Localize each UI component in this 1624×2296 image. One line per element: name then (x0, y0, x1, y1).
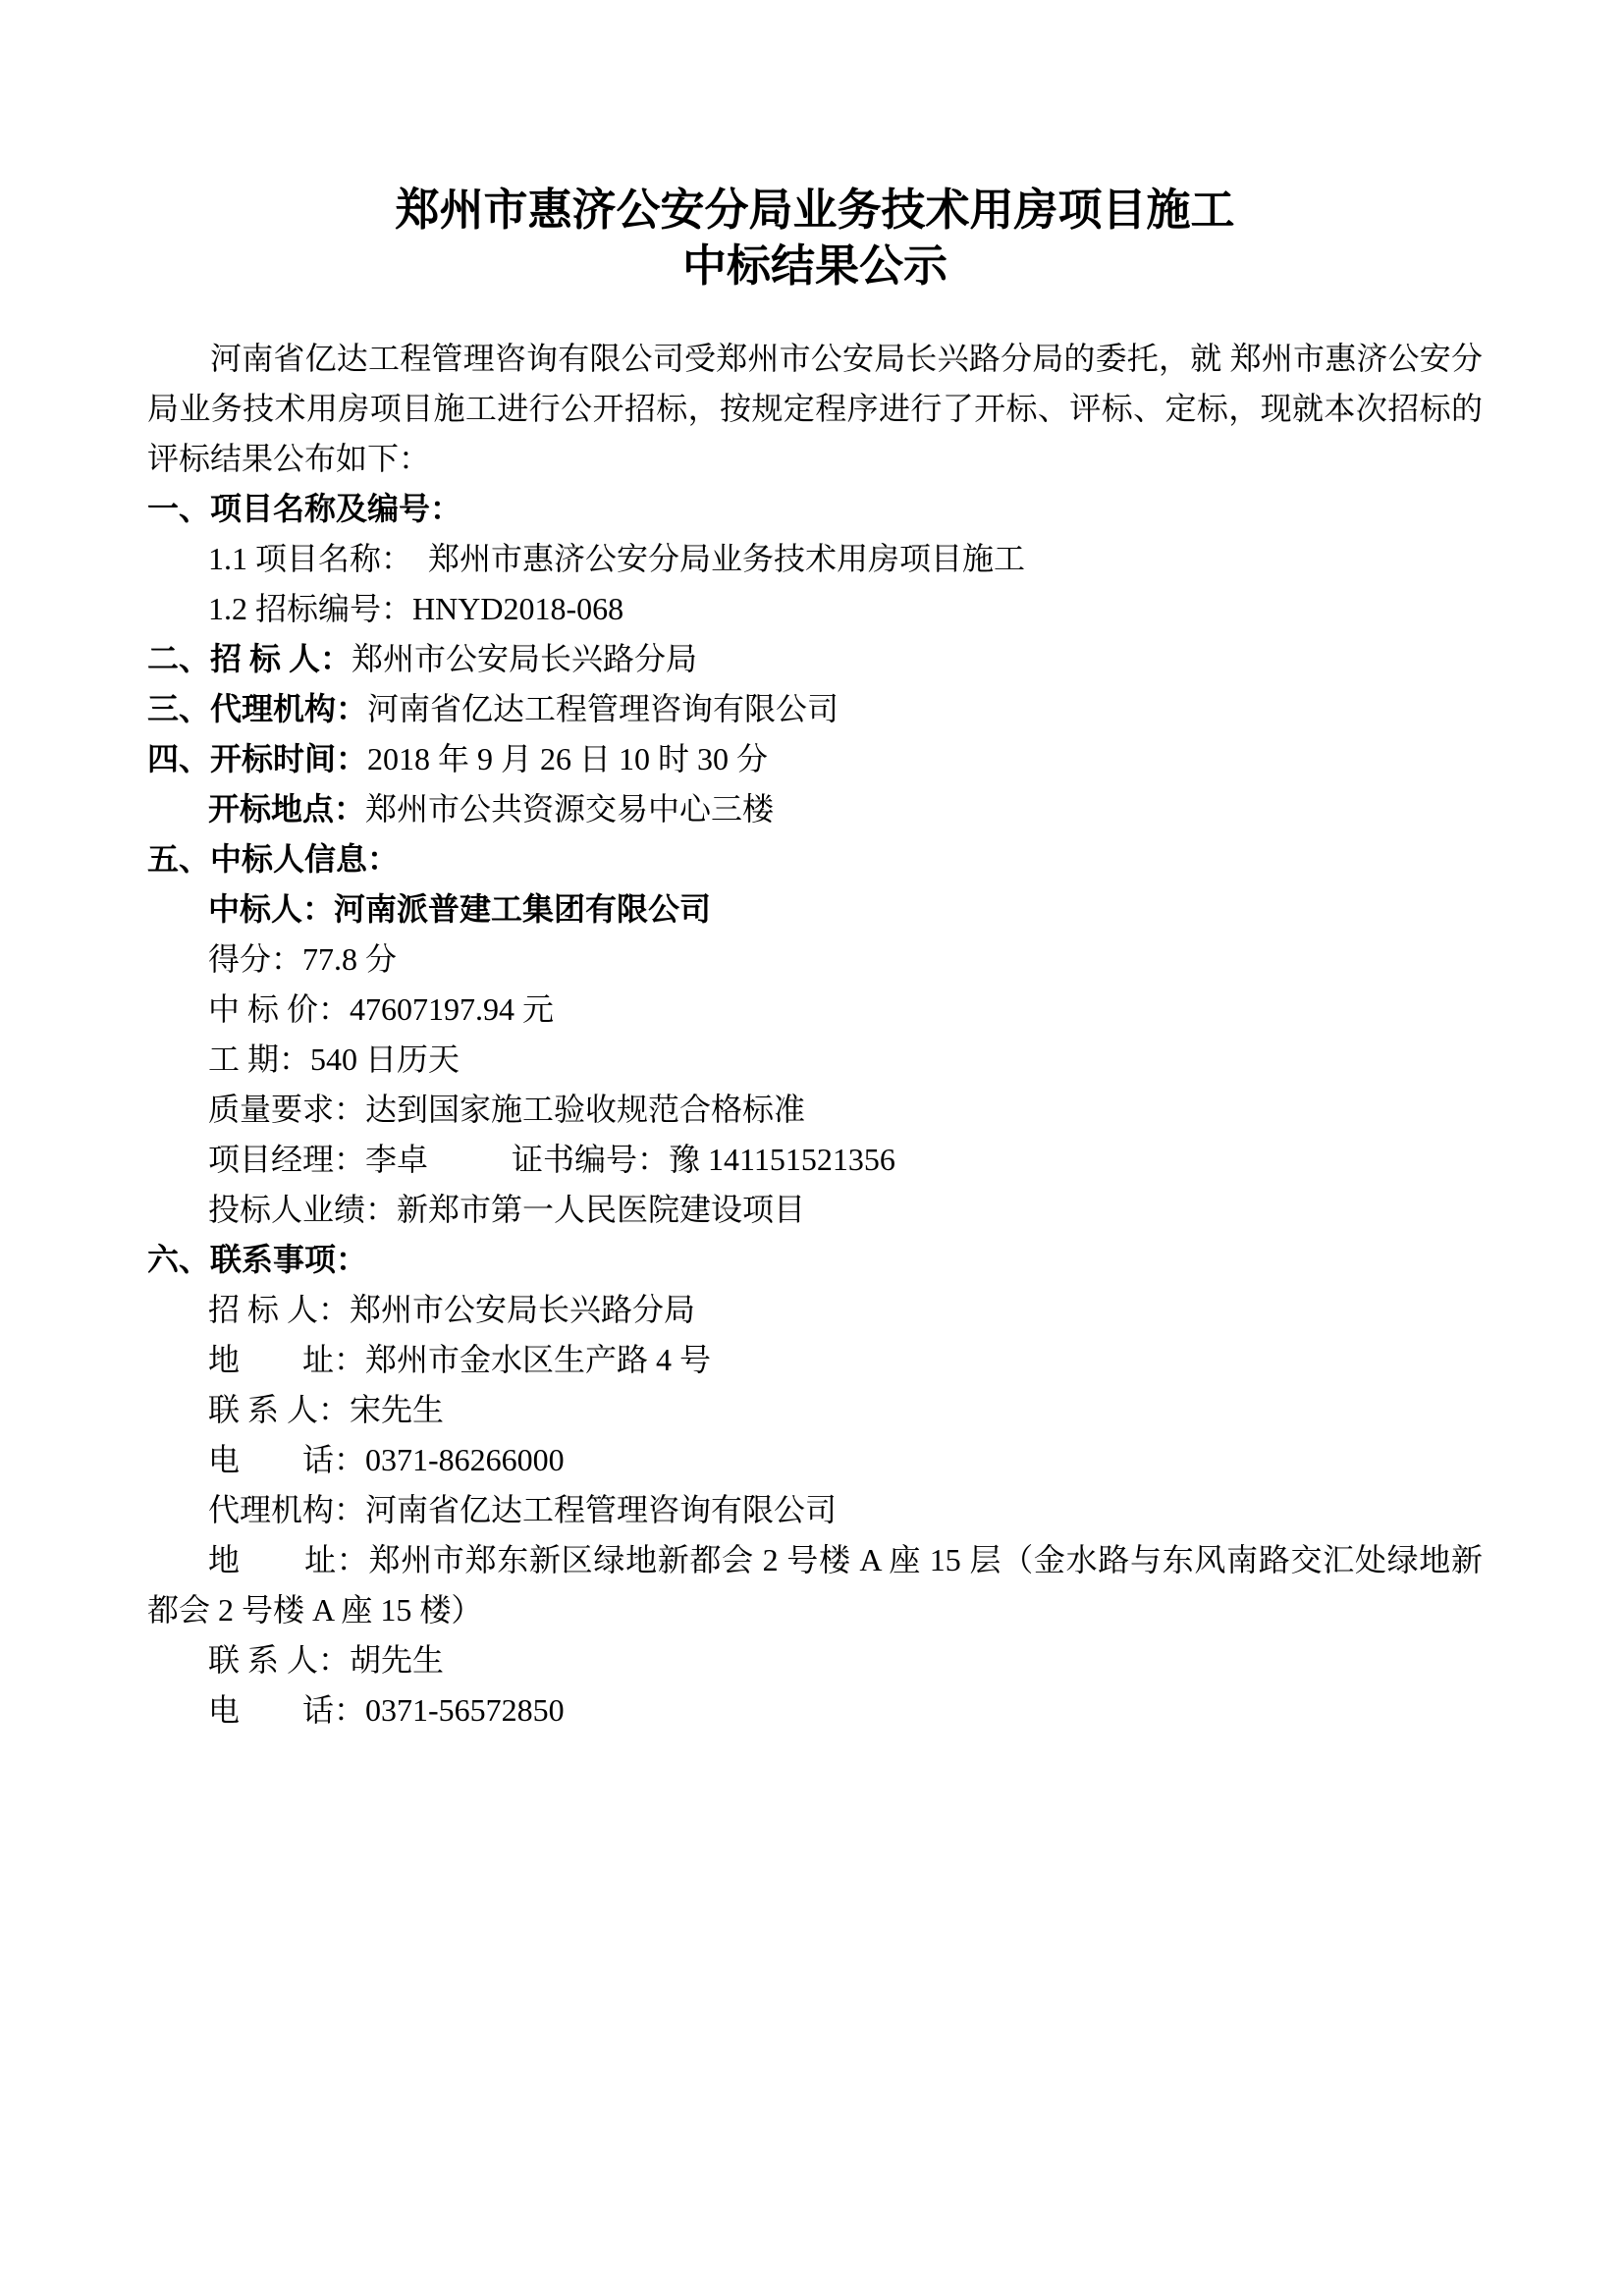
section6-agency-phone: 电 话：0371-56572850 (147, 1685, 1483, 1735)
section6-agency-address: 地 址：郑州市郑东新区绿地新都会 2 号楼 A 座 15 层（金水路与东风南路交… (147, 1535, 1483, 1635)
title-line-1: 郑州市惠济公安分局业务技术用房项目施工 (147, 183, 1483, 239)
title-line-2: 中标结果公示 (147, 239, 1483, 294)
section4-label: 四、开标时间： (147, 741, 367, 776)
section5-duration: 工 期：540 日历天 (147, 1035, 1483, 1085)
document-content: 郑州市惠济公安分局业务技术用房项目施工 中标结果公示 河南省亿达工程管理咨询有限… (147, 183, 1483, 1735)
section6-agency: 代理机构：河南省亿达工程管理咨询有限公司 (147, 1485, 1483, 1535)
section5-quality: 质量要求：达到国家施工验收规范合格标准 (147, 1085, 1483, 1135)
section4-opening-time: 四、开标时间：2018 年 9 月 26 日 10 时 30 分 (147, 734, 1483, 784)
section6-heading: 六、联系事项： (147, 1235, 1483, 1285)
section6-agency-contact: 联 系 人：胡先生 (147, 1635, 1483, 1685)
section6-tenderer: 招 标 人：郑州市公安局长兴路分局 (147, 1285, 1483, 1335)
section5-manager: 项目经理：李卓 (208, 1142, 428, 1177)
intro-paragraph: 河南省亿达工程管理咨询有限公司受郑州市公安局长兴路分局的委托，就 郑州市惠济公安… (147, 334, 1483, 484)
section3-agency: 三、代理机构：河南省亿达工程管理咨询有限公司 (147, 684, 1483, 734)
section6-tenderer-contact: 联 系 人：宋先生 (147, 1385, 1483, 1435)
section2-value: 郑州市公安局长兴路分局 (352, 641, 697, 676)
document-title: 郑州市惠济公安分局业务技术用房项目施工 中标结果公示 (147, 183, 1483, 294)
section5-performance: 投标人业绩：新郑市第一人民医院建设项目 (147, 1185, 1483, 1235)
section5-certificate: 证书编号：豫 141151521356 (512, 1142, 895, 1177)
section4-opening-place: 开标地点：郑州市公共资源交易中心三楼 (147, 784, 1483, 834)
document-page: 郑州市惠济公安分局业务技术用房项目施工 中标结果公示 河南省亿达工程管理咨询有限… (0, 0, 1624, 2296)
section3-value: 河南省亿达工程管理咨询有限公司 (367, 691, 839, 726)
section1-tender-number: 1.2 招标编号：HNYD2018-068 (147, 584, 1483, 634)
section6-tenderer-address: 地 址：郑州市金水区生产路 4 号 (147, 1335, 1483, 1385)
section5-manager-row: 项目经理：李卓证书编号：豫 141151521356 (147, 1135, 1483, 1185)
section1-project-name: 1.1 项目名称： 郑州市惠济公安分局业务技术用房项目施工 (147, 534, 1483, 584)
section1-heading: 一、项目名称及编号： (147, 484, 1483, 534)
section2-tenderer: 二、招 标 人：郑州市公安局长兴路分局 (147, 634, 1483, 684)
section5-winner: 中标人：河南派普建工集团有限公司 (147, 884, 1483, 934)
section5-price: 中 标 价：47607197.94 元 (147, 985, 1483, 1035)
section4-place-label: 开标地点： (208, 791, 365, 827)
section5-score: 得分：77.8 分 (147, 934, 1483, 985)
section4-place-value: 郑州市公共资源交易中心三楼 (365, 791, 774, 827)
section5-heading: 五、中标人信息： (147, 834, 1483, 884)
section4-value: 2018 年 9 月 26 日 10 时 30 分 (367, 741, 768, 776)
section6-tenderer-phone: 电 话：0371-86266000 (147, 1435, 1483, 1485)
section2-label: 二、招 标 人： (147, 641, 352, 676)
section3-label: 三、代理机构： (147, 691, 367, 726)
